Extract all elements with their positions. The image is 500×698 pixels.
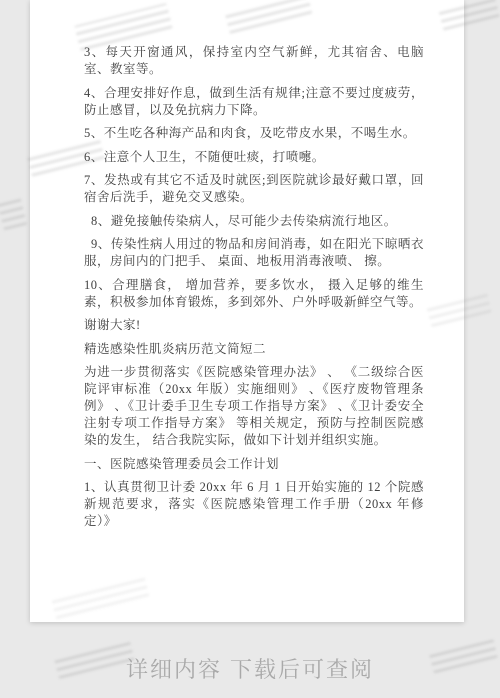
paragraph: 7、发热或有其它不适及时就医;到医院就诊最好戴口罩，回宿舍后洗手，避免交叉感染。 [84,172,424,206]
section-title: 精选感染性肌炎病历范文简短二 [84,341,424,358]
section-heading: 一、医院感染管理委员会工作计划 [84,456,424,473]
paragraph: 谢谢大家! [84,317,424,334]
paragraph: 1、认真贯彻卫计委 20xx 年 6 月 1 日开始实施的 12 个院感新规范要… [84,479,424,530]
paragraph: 6、注意个人卫生，不随便吐痰，打喷嚏。 [84,149,424,166]
paragraph: 4、合理安排好作息，做到生活有规律;注意不要过度疲劳，防止感冒，以及免抗病力下降… [84,85,424,119]
paragraph: 10、合理膳食， 增加营养，要多饮水， 摄入足够的维生素，积极参加体育锻炼，多到… [84,277,424,311]
document-preview-page: 3、每天开窗通风，保持室内空气新鲜，尤其宿舍、电脑室、教室等。 4、合理安排好作… [30,0,464,622]
paragraph: 9、传染性病人用过的物品和房间消毒，如在阳光下晾晒衣服，房间内的门把手、 桌面、… [84,236,424,270]
site-watermark-stamp [0,196,27,231]
paragraph: 8、避免接触传染病人，尽可能少去传染病流行地区。 [84,213,424,230]
download-hint-text: 详细内容 下载后可查阅 [0,653,500,684]
paragraph: 3、每天开窗通风，保持室内空气新鲜，尤其宿舍、电脑室、教室等。 [84,44,424,78]
paragraph: 为进一步贯彻落实《医院感染管理办法》 、 《二级综合医院评审标准（20xx 年版… [84,364,424,449]
document-body: 3、每天开窗通风，保持室内空气新鲜，尤其宿舍、电脑室、教室等。 4、合理安排好作… [84,44,424,537]
paragraph: 5、不生吃各种海产品和肉食，及吃带皮水果，不喝生水。 [84,125,424,142]
